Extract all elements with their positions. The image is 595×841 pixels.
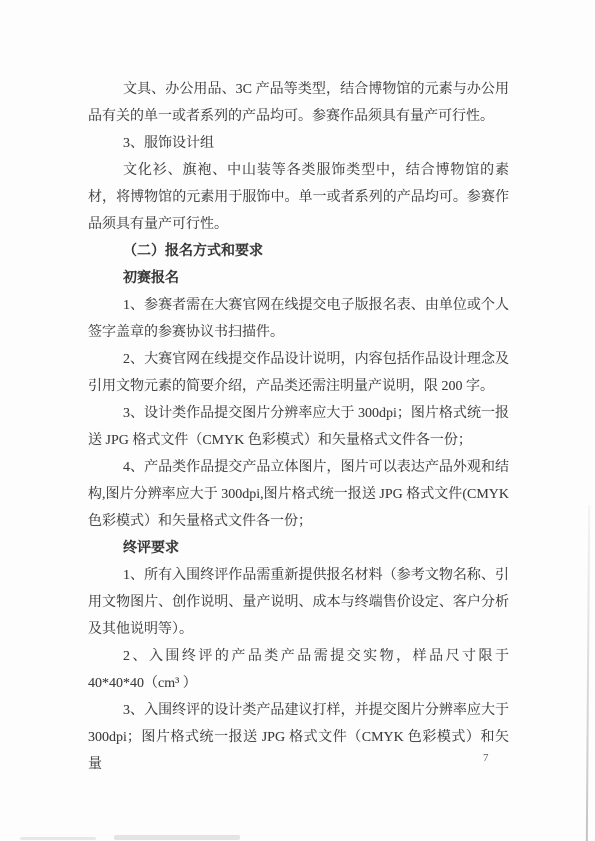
paragraph-registration-item-4: 4、产品类作品提交产品立体图片，图片可以表达产品外观和结构,图片分辨率应大于 3… bbox=[88, 454, 509, 535]
scan-artifact-edge-line bbox=[586, 505, 590, 841]
page-number: 7 bbox=[483, 752, 489, 764]
paragraph-final-item-2: 2、入围终评的产品类产品需提交实物，样品尺寸限于 40*40*40（cm³ ） bbox=[88, 643, 509, 697]
paragraph-final-item-1: 1、所有入围终评作品需重新提供报名材料（参考文物名称、引用文物图片、创作说明、量… bbox=[88, 562, 509, 643]
subsection-heading-preliminary: 初赛报名 bbox=[88, 265, 509, 292]
subsection-heading-final-review: 终评要求 bbox=[88, 535, 509, 562]
scan-artifact-smudge bbox=[114, 835, 240, 840]
paragraph-registration-item-2: 2、大赛官网在线提交作品设计说明，内容包括作品设计理念及引用文物元素的简要介绍，… bbox=[88, 346, 509, 400]
scanned-document-page: 文具、办公用品、3C 产品等类型，结合博物馆的元素与办公用品有关的单一或者系列的… bbox=[0, 0, 595, 841]
paragraph-final-item-3: 3、入围终评的设计类产品建议打样，并提交图片分辨率应大于 300dpi；图片格式… bbox=[88, 697, 509, 778]
document-text-block: 文具、办公用品、3C 产品等类型，结合博物馆的元素与办公用品有关的单一或者系列的… bbox=[88, 76, 509, 778]
paragraph-registration-item-3: 3、设计类作品提交图片分辨率应大于 300dpi；图片格式统一报送 JPG 格式… bbox=[88, 400, 509, 454]
paragraph-apparel-group-title: 3、服饰设计组 bbox=[88, 130, 509, 157]
section-heading-registration: （二）报名方式和要求 bbox=[88, 238, 509, 265]
paragraph-apparel-description: 文化衫、旗袍、中山装等各类服饰类型中，结合博物馆的素材，将博物馆的元素用于服饰中… bbox=[88, 157, 509, 238]
paragraph-stationery-category: 文具、办公用品、3C 产品等类型，结合博物馆的元素与办公用品有关的单一或者系列的… bbox=[88, 76, 509, 130]
scan-artifact-smudge bbox=[20, 837, 96, 840]
paragraph-registration-item-1: 1、参赛者需在大赛官网在线提交电子版报名表、由单位或个人签字盖章的参赛协议书扫描… bbox=[88, 292, 509, 346]
